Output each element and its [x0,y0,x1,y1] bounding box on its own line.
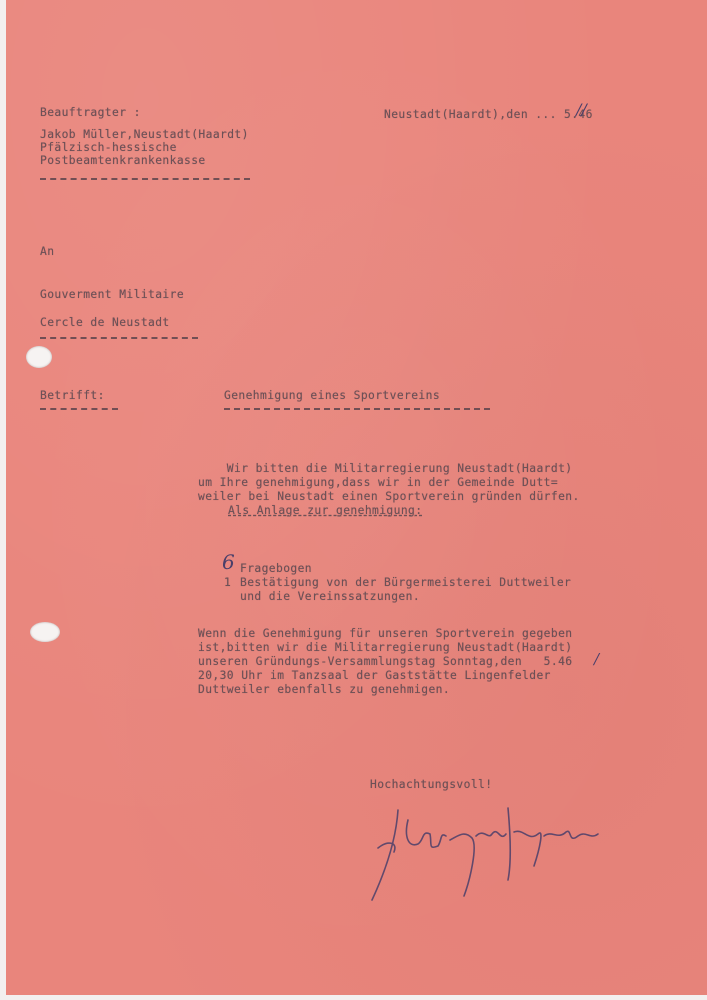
body-p1-line-2: um Ihre genehmigung,dass wir in der Geme… [198,476,558,489]
sender-divider [40,178,250,180]
recipient-line-2: Cercle de Neustadt [40,316,170,329]
letter-page: Beauftragter : Jakob Müller,Neustadt(Haa… [6,0,707,995]
sender-label: Beauftragter : [40,106,141,119]
sender-line-3: Postbeamtenkrankenkasse [40,154,206,167]
place-date: Neustadt(Haardt),den ... 5.46 [384,108,593,121]
body-p1-line-3: weiler bei Neustadt einen Sportverein gr… [198,490,580,503]
closing: Hochachtungsvoll! [370,778,492,791]
recipient-line-1: Gouverment Militaire [40,288,184,301]
enclosure-heading: Als Anlage zur genehmigung: [228,504,422,517]
body-p2-line-3: unseren Gründungs-Versammlungstag Sonnta… [198,655,572,668]
handwritten-signature [368,800,638,910]
enclosure-item-1: Fragebogen [240,562,312,575]
punch-hole-bottom [30,622,60,642]
body-p2-line-4: 20,30 Uhr im Tanzsaal der Gaststätte Lin… [198,669,551,682]
body-p1-line-1: Wir bitten die Militarregierung Neustadt… [198,462,572,475]
sender-line-1: Jakob Müller,Neustadt(Haardt) [40,128,249,141]
sender-line-2: Pfälzisch-hessische [40,141,177,154]
recipient-to-label: An [40,245,54,258]
subject-label-underline [40,408,118,410]
body-p2-line-2: ist,bitten wir die Militarregierung Neus… [198,641,572,654]
enclosure-item-3: und die Vereinssatzungen. [240,590,420,603]
body-p2-line-5: Duttweiler ebenfalls zu genehmigen. [198,683,450,696]
subject-text-underline [224,408,490,410]
recipient-divider [40,337,198,339]
body-p2-line-1: Wenn die Genehmigung für unseren Sportve… [198,627,572,640]
subject-text: Genehmigung eines Sportvereins [224,389,440,402]
handwritten-date-mark: / [594,650,599,668]
handwritten-quantity: 6 [222,550,235,574]
handwritten-day-mark: // [576,100,587,119]
enclosure-item-2-qty: 1 [224,576,231,589]
subject-label: Betrifft: [40,389,105,402]
punch-hole-top [26,346,52,368]
enclosure-item-2: Bestätigung von der Bürgermeisterei Dutt… [240,576,571,589]
